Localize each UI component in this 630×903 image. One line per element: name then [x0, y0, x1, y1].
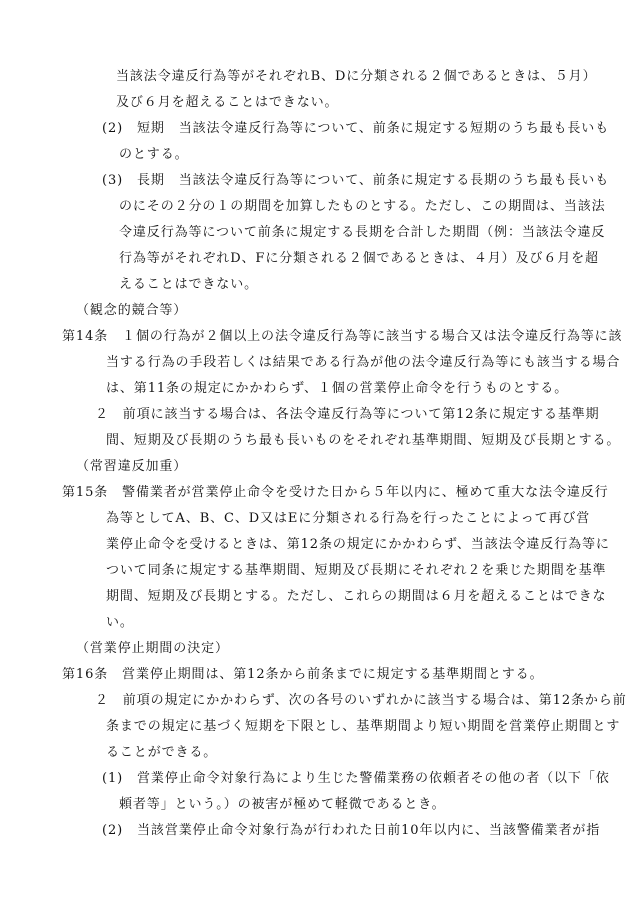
text-line: 及び６月を超えることはできない。 [116, 95, 338, 111]
text-line: 頼者等」という。）の被害が極めて軽微であるとき。 [119, 797, 446, 813]
section-heading: （営業停止期間の決定） [76, 641, 229, 657]
text-line: は、第11条の規定にかかわらず、１個の営業停止命令を行うものとする。 [106, 381, 568, 397]
text-line: ついて同条に規定する基準期間、短期及び長期にそれぞれ２を乗じた期間を基準 [106, 563, 606, 579]
item-2: (2) 当該営業停止命令対象行為が行われた日前10年以内に、当該警備業者が指 [102, 823, 600, 839]
paragraph-2: ２ 前項に該当する場合は、各法令違反行為等について第12条に規定する基準期 [95, 407, 600, 423]
text-line: ることができる。 [106, 745, 217, 761]
paragraph-2: ２ 前項の規定にかかわらず、次の各号のいずれかに該当する場合は、第12条から前 [95, 693, 627, 709]
text-line: えることはできない。 [119, 277, 258, 293]
text-line: のとする。 [119, 147, 189, 163]
text-line: のにその２分の１の期間を加算したものとする。ただし、この期間は、当該法 [119, 199, 606, 215]
item-1: (1) 営業停止命令対象行為により生じた警備業務の依頼者その他の者（以下「依 [102, 771, 610, 787]
section-heading: （観念的競合等） [76, 303, 187, 319]
item-3-long-term: (3) 長期 当該法令違反行為等について、前条に規定する長期のうち最も長いも [102, 173, 609, 189]
text-line: 当する行為の手段若しくは結果である行為が他の法令違反行為等にも該当する場合 [106, 355, 620, 371]
text-line: 条までの規定に基づく短期を下限とし、基準期間より短い期間を営業停止期間とす [106, 719, 620, 735]
text-line: 業停止命令を受けるときは、第12条の規定にかかわらず、当該法令違反行為等に [106, 537, 610, 553]
text-line: 行為等がそれぞれD、Fに分類される２個であるときは、４月）及び６月を超 [119, 251, 599, 267]
text-line: 期間、短期及び長期とする。ただし、これらの期間は６月を超えることはできな [106, 589, 606, 605]
text-line: い。 [106, 615, 134, 631]
article-16: 第16条 営業停止期間は、第12条から前条までに規定する基準期間とする。 [62, 667, 543, 683]
item-2-short-term: (2) 短期 当該法令違反行為等について、前条に規定する短期のうち最も長いも [102, 121, 609, 137]
text-line: 間、短期及び長期のうち最も長いものをそれぞれ基準期間、短期及び長期とする。 [106, 433, 620, 449]
text-line: 当該法令違反行為等がそれぞれB、Dに分類される２個であるときは、５月） [116, 69, 596, 85]
section-heading: （常習違反加重） [76, 459, 187, 475]
text-line: 為等としてA、B、C、D又はEに分類される行為を行ったことによって再び営 [106, 511, 590, 527]
text-line: 令違反行為等について前条に規定する長期を合計した期間（例：当該法令違反 [119, 225, 605, 241]
article-15: 第15条 警備業者が営業停止命令を受けた日から５年以内に、極めて重大な法令違反行 [62, 485, 609, 501]
article-14: 第14条 １個の行為が２個以上の法令違反行為等に該当する場合又は法令違反行為等に… [62, 329, 622, 345]
